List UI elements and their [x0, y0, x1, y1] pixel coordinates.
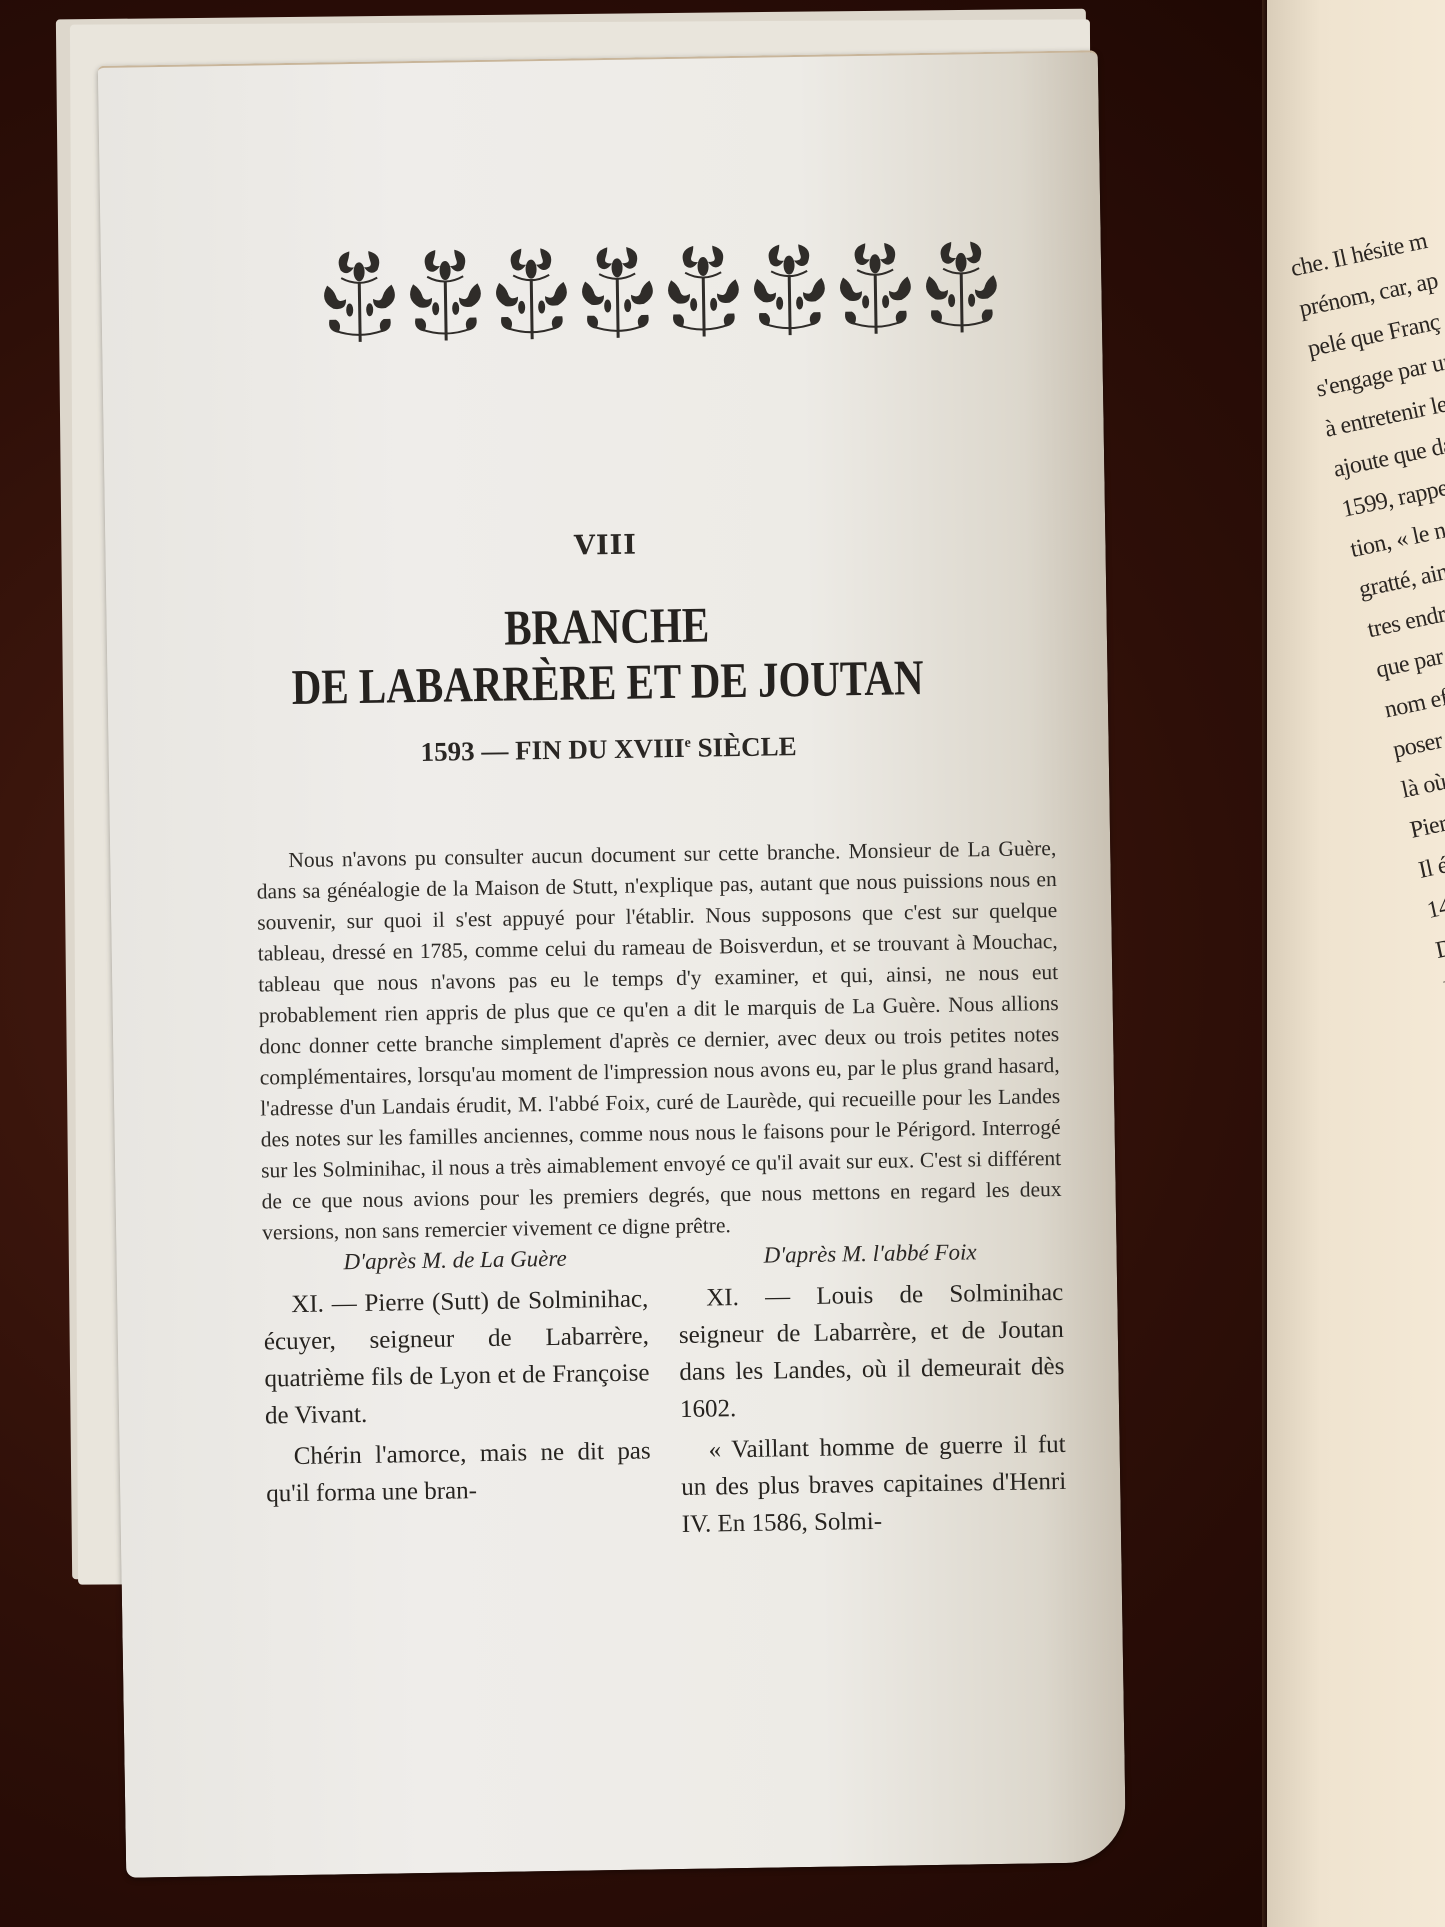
column-la-guere: D'après M. de La Guère XI. — Pierre (Sut… [262, 1244, 652, 1553]
column-heading: D'après M. l'abbé Foix [677, 1238, 1062, 1270]
fleuron-icon [663, 236, 745, 347]
right-book-page: che. Il hésite mprénom, car, appelé que … [1267, 0, 1445, 1927]
column-paragraph: « Vaillant homme de guerre il fut un des… [680, 1426, 1067, 1543]
fleuron-icon [405, 240, 487, 351]
chapter-date-range: 1593 — FIN DU XVIIIe SIÈCLE [108, 726, 1108, 773]
column-abbe-foix: D'après M. l'abbé Foix XI. — Louis de So… [677, 1238, 1067, 1547]
column-paragraph: XI. — Pierre (Sutt) de Solminihac, écuye… [263, 1280, 650, 1434]
chapter-title-line2: DE LABARRÈRE ET DE JOUTAN [197, 647, 1018, 718]
fleuron-icon [835, 233, 917, 344]
intro-paragraph: Nous n'avons pu consulter aucun document… [256, 833, 1062, 1249]
chapter-number: VIII [105, 522, 1105, 569]
fleuron-icon [577, 237, 659, 348]
parallel-versions: D'après M. de La Guère XI. — Pierre (Sut… [262, 1238, 1067, 1554]
fleuron-icon [491, 239, 573, 350]
fleuron-icon [921, 232, 1003, 343]
right-page-text: che. Il hésite mprénom, car, appelé que … [1287, 175, 1445, 1774]
intro-paragraph-block: Nous n'avons pu consulter aucun document… [256, 833, 1062, 1249]
left-book-page: VIII BRANCHE DE LABARRÈRE ET DE JOUTAN 1… [98, 50, 1126, 1877]
column-heading: D'après M. de La Guère [262, 1244, 647, 1276]
fleuron-icon [749, 235, 831, 346]
column-paragraph: Chérin l'amorce, mais ne dit pas qu'il f… [265, 1432, 651, 1512]
column-paragraph: XI. — Louis de Solminihac seigneur de La… [678, 1274, 1065, 1428]
fleuron-icon [319, 241, 401, 352]
fleuron-ornament-band [319, 233, 921, 352]
